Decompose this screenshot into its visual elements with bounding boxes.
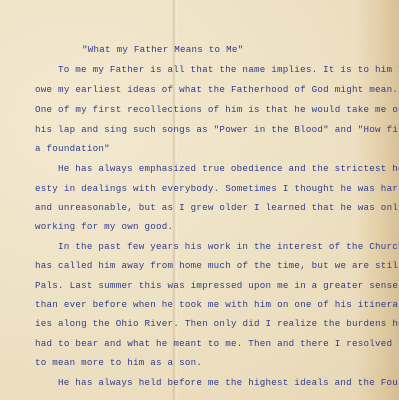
text-line: Pals. Last summer this was impressed upo… (35, 280, 398, 291)
document-title: "What my Father Means to Me" (82, 44, 243, 55)
text-line: had to bear and what he meant to me. The… (35, 338, 392, 349)
text-line: has called him away from home much of th… (35, 260, 399, 271)
text-line: ies along the Ohio River. Then only did … (35, 318, 399, 329)
text-line: a foundation" (35, 143, 110, 154)
text-line: To me my Father is all that the name imp… (58, 64, 399, 75)
text-line: than ever before when he took me with hi… (35, 299, 399, 310)
text-line: He has always held before me the highest… (58, 377, 399, 388)
text-line: working for my own good. (35, 221, 173, 232)
typed-letter-page: "What my Father Means to Me" To me my Fa… (0, 0, 399, 400)
text-line: owe my earliest ideas of what the Father… (35, 84, 398, 95)
text-line: One of my first recollections of him is … (35, 104, 399, 115)
text-line: and unreasonable, but as I grew older I … (35, 202, 399, 213)
text-line: to mean more to him as a son. (35, 357, 202, 368)
text-line: his lap and sing such songs as "Power in… (35, 124, 399, 135)
text-line: In the past few years his work in the in… (58, 241, 399, 252)
text-line: esty in dealings with everybody. Sometim… (35, 183, 399, 194)
text-line: He has always emphasized true obedience … (58, 163, 399, 174)
